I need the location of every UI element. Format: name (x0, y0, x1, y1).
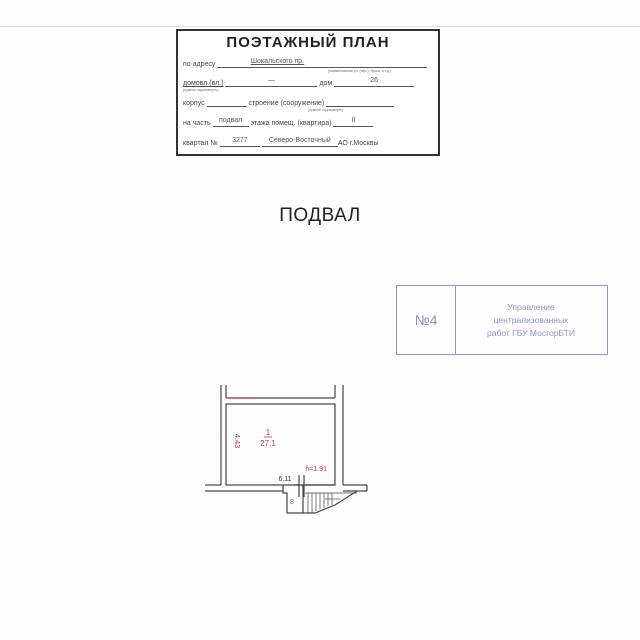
lot-field: — (225, 77, 317, 87)
address-field: Шокальского пр. (217, 58, 427, 68)
stair-mark: 8 (290, 499, 294, 506)
page-edge-line (0, 26, 640, 27)
room-area: 27.1 (260, 439, 276, 448)
bti-stamp-number: №4 (397, 286, 456, 354)
ceiling-height: h=1.91 (305, 466, 327, 473)
wall-dimension: 4.43 (233, 434, 242, 449)
lot-row: домовл.(вл.) — дом 26 (183, 77, 432, 87)
title-block-heading: ПОЭТАЖНЫЙ ПЛАН (178, 34, 438, 51)
bti-stamp-org: Управление централизованных работ ГБУ Мо… (457, 286, 605, 354)
part-field: подвал (213, 117, 249, 127)
part-row: на часть подвал этажа помещ. (квартира) … (183, 117, 432, 127)
house-field: 26 (334, 77, 414, 87)
address-row: по адресу Шокальского пр. (183, 58, 432, 68)
district-field: Северо-Восточный (262, 137, 338, 147)
block-row: квартал № 3277 Северо-ВосточныйАО г.Моск… (183, 137, 432, 147)
bottom-dimension: 6.11 (278, 476, 291, 483)
apartment-field: II (333, 117, 373, 127)
room-number: 1 (266, 428, 271, 437)
building-field (207, 97, 247, 107)
bti-stamp: №4 Управление централизованных работ ГБУ… (396, 285, 608, 355)
floor-plan-title-block: ПОЭТАЖНЫЙ ПЛАН по адресу Шокальского пр.… (176, 29, 440, 156)
floor-label: ПОДВАЛ (0, 205, 640, 227)
block-field: 3277 (220, 137, 260, 147)
structure-field (326, 97, 394, 107)
floor-plan-drawing: 1 27.1 4.43 h=1.91 6.11 8 (195, 375, 370, 525)
building-row: корпус строение (сооружение) (183, 97, 432, 107)
